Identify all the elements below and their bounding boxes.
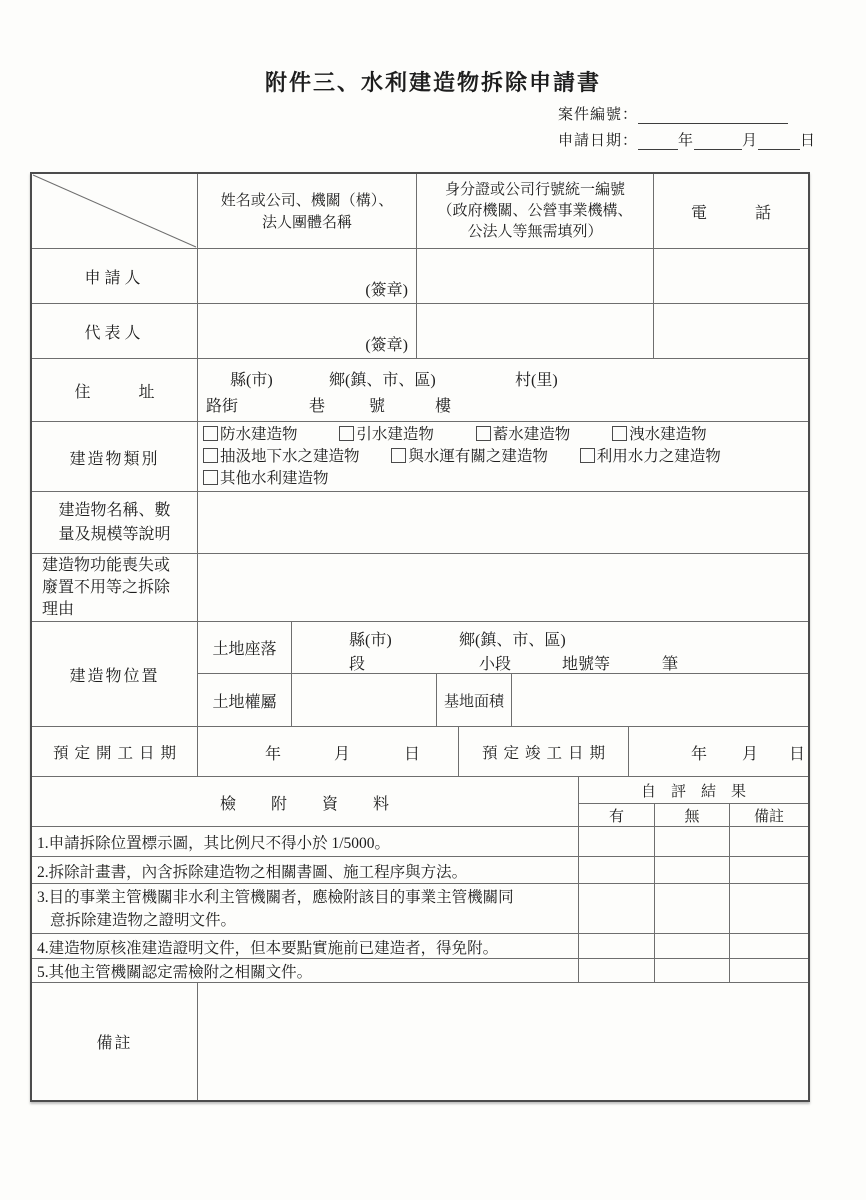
remark-cell — [730, 827, 808, 857]
checkbox-icon — [203, 426, 218, 441]
date-month-blank — [694, 134, 742, 150]
representative-phone-cell — [654, 304, 808, 359]
category-options-cell: 防水建造物 引水建造物 蓄水建造物 洩水建造物 抽汲地下水之建造物 與水運有關之… — [198, 422, 808, 492]
remark-cell — [730, 884, 808, 934]
category-option: 其他水利建造物 — [220, 470, 329, 487]
checkbox-icon — [391, 448, 406, 463]
applicant-row: 申請人 (簽章) — [32, 249, 808, 304]
checklist-item-text: 4.建造物原核准建造證明文件，但本要點實施前已建造者，得免附。 — [32, 934, 579, 959]
yes-cell — [579, 857, 655, 884]
date-year-blank — [638, 134, 678, 150]
demolition-reason-cell — [198, 554, 808, 622]
structure-description-cell — [198, 492, 808, 554]
category-row: 建造物類別 防水建造物 引水建造物 蓄水建造物 洩水建造物 抽汲地下水之建造物 … — [32, 422, 808, 492]
applicant-id-cell — [417, 249, 654, 304]
land-section-label: 段 — [349, 651, 365, 674]
checkbox-icon — [612, 426, 627, 441]
address-number-label: 號 — [369, 393, 385, 416]
col-no-header: 無 — [655, 804, 730, 826]
category-option: 抽汲地下水之建造物 — [220, 448, 360, 465]
checklist-item-text: 3.目的事業主管機關非水利主管機關者，應檢附該目的事業主管機關同 意拆除建造物之… — [32, 884, 579, 934]
self-evaluation-header: 自 評 結 果 — [579, 777, 808, 804]
phone-column-header: 電 話 — [654, 174, 808, 249]
structure-location-grid: 土地座落 縣(市) 鄉(鎮、市、區) 段 小段 地號等 筆 土地權屬 基地面積 — [198, 622, 808, 726]
demolition-reason-row: 建造物功能喪失或 廢置不用等之拆除 理由 — [32, 554, 808, 622]
structure-location-row: 建造物位置 土地座落 縣(市) 鄉(鎮、市、區) 段 小段 地號等 筆 土地權屬… — [32, 622, 808, 727]
address-county-label: 縣(市) — [230, 367, 273, 390]
site-area-cell — [512, 674, 808, 727]
remarks-cell — [198, 983, 808, 1100]
category-option: 利用水力之建造物 — [597, 448, 721, 465]
id-number-column-header: 身分證或公司行號統一編號 （政府機關、公營事業機構、 公法人等無需填列） — [417, 174, 654, 249]
category-option: 與水運有關之建造物 — [408, 448, 548, 465]
attached-documents-header: 檢 附 資 料 — [32, 777, 579, 827]
category-option: 防水建造物 — [220, 426, 298, 443]
end-day-unit: 日 — [789, 741, 805, 764]
address-road-label: 路街 — [206, 393, 238, 416]
checklist-item-row: 1.申請拆除位置標示圖，其比例尺不得小於 1/5000。 — [32, 827, 808, 857]
checklist-item-row: 4.建造物原核准建造證明文件，但本要點實施前已建造者，得免附。 — [32, 934, 808, 959]
structure-description-row: 建造物名稱、數 量及規模等說明 — [32, 492, 808, 554]
planned-completion-date-label: 預定竣工日期 — [459, 727, 629, 777]
case-number-blank — [638, 108, 788, 124]
date-day-blank — [758, 134, 800, 150]
land-seat-cell: 縣(市) 鄉(鎮、市、區) 段 小段 地號等 筆 — [292, 622, 808, 673]
land-ownership-subrow: 土地權屬 基地面積 — [198, 674, 808, 727]
checklist-item-text: 1.申請拆除位置標示圖，其比例尺不得小於 1/5000。 — [32, 827, 579, 857]
address-floor-label: 樓 — [435, 393, 451, 416]
checklist-item-row: 5.其他主管機關認定需檢附之相關文件。 — [32, 959, 808, 983]
corner-cell — [32, 174, 198, 249]
no-cell — [655, 884, 730, 934]
address-label: 住 址 — [32, 359, 198, 422]
address-township-label: 鄉(鎮、市、區) — [329, 367, 436, 390]
remark-cell — [730, 857, 808, 884]
checkbox-icon — [203, 470, 218, 485]
checkbox-icon — [476, 426, 491, 441]
checkbox-icon — [339, 426, 354, 441]
yes-cell — [579, 934, 655, 959]
demolition-reason-label: 建造物功能喪失或 廢置不用等之拆除 理由 — [32, 554, 198, 622]
category-label: 建造物類別 — [32, 422, 198, 492]
remark-cell — [730, 959, 808, 983]
schedule-row: 預定開工日期 年 月 日 預定竣工日期 年 月 日 — [32, 727, 808, 777]
end-year-unit: 年 — [691, 741, 707, 764]
address-village-label: 村(里) — [515, 367, 558, 390]
land-lot-number-label: 地號等 — [562, 651, 610, 674]
land-count-label: 筆 — [662, 651, 678, 674]
no-cell — [655, 857, 730, 884]
representative-id-cell — [417, 304, 654, 359]
land-county-label: 縣(市) — [349, 627, 392, 650]
page-title: 附件三、水利建造物拆除申請書 — [0, 66, 866, 97]
checklist-header-row: 檢 附 資 料 自 評 結 果 有 無 備註 — [32, 777, 808, 827]
end-month-unit: 月 — [742, 741, 758, 764]
land-subsection-label: 小段 — [479, 651, 511, 674]
checklist-item-row: 2.拆除計畫書，內含拆除建造物之相關書圖、施工程序與方法。 — [32, 857, 808, 884]
structure-description-label: 建造物名稱、數 量及規模等說明 — [32, 492, 198, 554]
start-day-unit: 日 — [404, 741, 420, 764]
application-form-table: 姓名或公司、機關（構）、 法人團體名稱 身分證或公司行號統一編號 （政府機關、公… — [30, 172, 810, 1102]
yes-cell — [579, 884, 655, 934]
checkbox-icon — [203, 448, 218, 463]
applicant-phone-cell — [654, 249, 808, 304]
case-number-line: 案件編號： — [558, 103, 788, 124]
self-evaluation-subheader: 有 無 備註 — [579, 804, 808, 826]
date-day-unit: 日 — [800, 133, 816, 149]
land-ownership-cell — [292, 674, 437, 727]
no-cell — [655, 959, 730, 983]
yes-cell — [579, 959, 655, 983]
land-seat-label: 土地座落 — [198, 622, 292, 673]
land-ownership-label: 土地權屬 — [198, 674, 292, 727]
category-line-2: 抽汲地下水之建造物 與水運有關之建造物 利用水力之建造物 — [203, 446, 721, 468]
self-evaluation-grid: 自 評 結 果 有 無 備註 — [579, 777, 808, 826]
address-lane-label: 巷 — [309, 393, 325, 416]
table-header-row: 姓名或公司、機關（構）、 法人團體名稱 身分證或公司行號統一編號 （政府機關、公… — [32, 174, 808, 249]
representative-label: 代表人 — [32, 304, 198, 359]
category-line-3: 其他水利建造物 — [203, 468, 329, 490]
remarks-row: 備註 — [32, 983, 808, 1100]
applicant-label: 申請人 — [32, 249, 198, 304]
diagonal-line — [32, 174, 198, 249]
no-cell — [655, 934, 730, 959]
site-area-label: 基地面積 — [437, 674, 512, 727]
checklist-item-row: 3.目的事業主管機關非水利主管機關者，應檢附該目的事業主管機關同 意拆除建造物之… — [32, 884, 808, 934]
no-cell — [655, 827, 730, 857]
application-date-label: 申請日期： — [558, 133, 638, 149]
applicant-name-cell: (簽章) — [198, 249, 417, 304]
representative-signature-hint: (簽章) — [365, 332, 408, 355]
remarks-label: 備註 — [32, 983, 198, 1100]
address-value-cell: 縣(市) 鄉(鎮、市、區) 村(里) 路街 巷 號 樓 — [198, 359, 808, 422]
planned-start-date-label: 預定開工日期 — [32, 727, 198, 777]
name-column-header: 姓名或公司、機關（構）、 法人團體名稱 — [198, 174, 417, 249]
start-month-unit: 月 — [334, 741, 350, 764]
application-date-line: 申請日期：年月日 — [558, 129, 816, 150]
remark-cell — [730, 934, 808, 959]
land-seat-subrow: 土地座落 縣(市) 鄉(鎮、市、區) 段 小段 地號等 筆 — [198, 622, 808, 674]
applicant-signature-hint: (簽章) — [365, 277, 408, 300]
category-option: 洩水建造物 — [629, 426, 707, 443]
col-remark-header: 備註 — [730, 804, 808, 826]
checkbox-icon — [580, 448, 595, 463]
yes-cell — [579, 827, 655, 857]
category-option: 引水建造物 — [356, 426, 434, 443]
date-month-unit: 月 — [742, 133, 758, 149]
representative-row: 代表人 (簽章) — [32, 304, 808, 359]
representative-name-cell: (簽章) — [198, 304, 417, 359]
address-row: 住 址 縣(市) 鄉(鎮、市、區) 村(里) 路街 巷 號 樓 — [32, 359, 808, 422]
category-option: 蓄水建造物 — [493, 426, 571, 443]
date-year-unit: 年 — [678, 133, 694, 149]
structure-location-label: 建造物位置 — [32, 622, 198, 727]
planned-completion-date-cell: 年 月 日 — [629, 727, 808, 777]
case-number-label: 案件編號： — [558, 107, 638, 123]
start-year-unit: 年 — [265, 741, 281, 764]
land-township-label: 鄉(鎮、市、區) — [459, 627, 566, 650]
category-line-1: 防水建造物 引水建造物 蓄水建造物 洩水建造物 — [203, 424, 707, 446]
planned-start-date-cell: 年 月 日 — [198, 727, 459, 777]
checklist-item-text: 5.其他主管機關認定需檢附之相關文件。 — [32, 959, 579, 983]
checklist-item-text: 2.拆除計畫書，內含拆除建造物之相關書圖、施工程序與方法。 — [32, 857, 579, 884]
col-yes-header: 有 — [579, 804, 655, 826]
